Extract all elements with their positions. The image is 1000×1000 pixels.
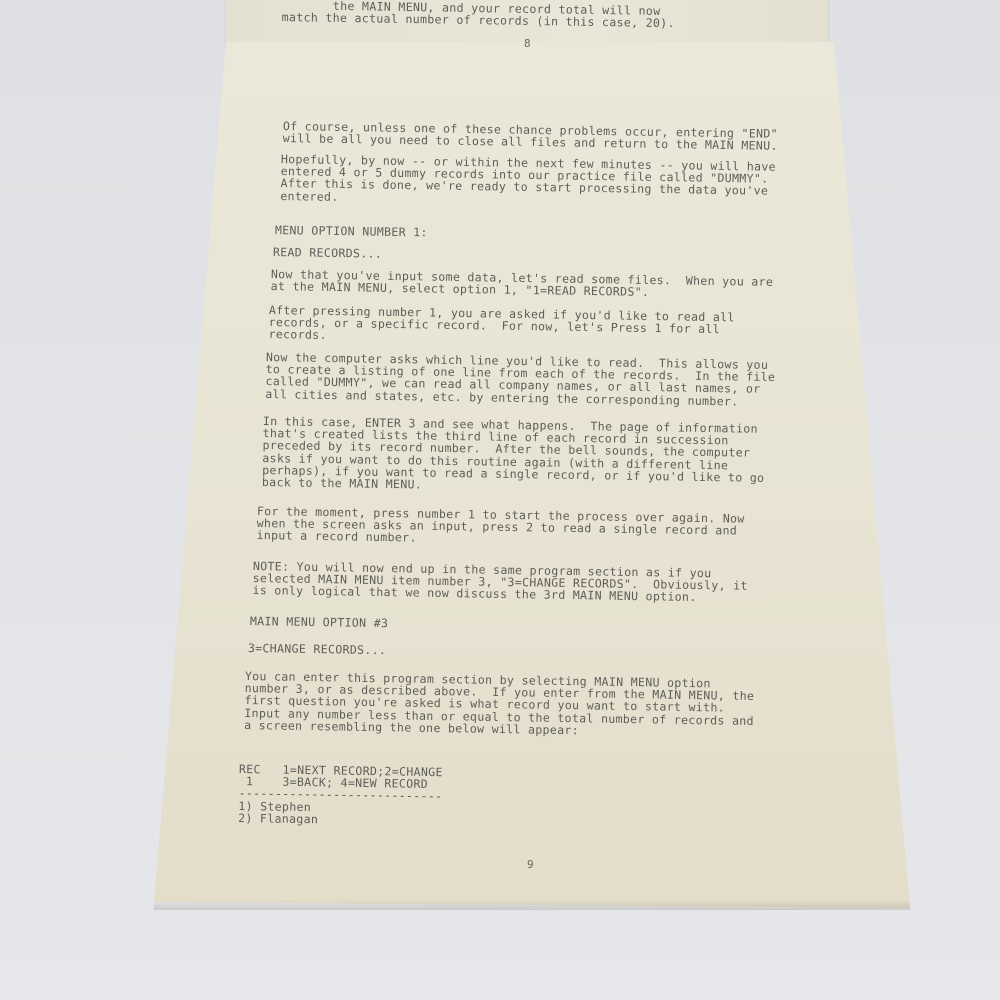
section-heading: READ RECORDS...: [273, 246, 382, 260]
paragraph: You can enter this program section by se…: [244, 670, 755, 739]
section-heading: MENU OPTION NUMBER 1:: [275, 224, 428, 239]
paragraph: NOTE: You will now end up in the same pr…: [252, 560, 748, 604]
paragraph: Now the computer asks which line you'd l…: [265, 351, 775, 408]
paragraph: After pressing number 1, you are asked i…: [268, 304, 734, 348]
paragraph: Hopefully, by now -- or within the next …: [280, 153, 776, 210]
current-page-number: 9: [527, 858, 534, 871]
previous-page-number: 8: [524, 37, 531, 50]
paragraph: In this case, ENTER 3 and see what happe…: [262, 415, 765, 496]
section-heading: 3=CHANGE RECORDS...: [248, 642, 387, 656]
paragraph: For the moment, press number 1 to start …: [256, 505, 744, 549]
section-heading: MAIN MENU OPTION #3: [250, 615, 389, 629]
screen-listing: REC 1=NEXT RECORD;2=CHANGE 1 3=BACK; 4=N…: [238, 763, 443, 827]
